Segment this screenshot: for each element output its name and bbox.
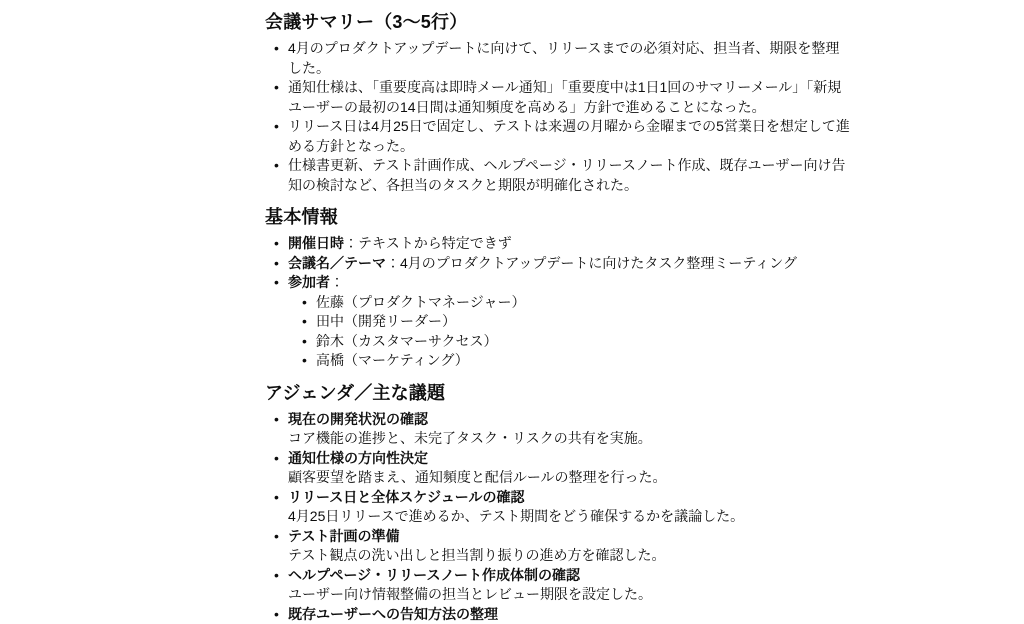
participant-item: 高橋（マーケティング） — [293, 351, 853, 371]
bullet-text: 通知仕様は、「重要度高は即時メール通知」「重要度中は1日1回のサマリーメール」「… — [288, 79, 841, 115]
agenda-heading: アジェンダ／主な議題 — [265, 381, 853, 405]
topic-desc: ユーザー向け情報整備の担当とレビュー期限を設定した。 — [288, 585, 853, 605]
item-value: ：テキストから特定できず — [344, 235, 512, 251]
list-item: 4月のプロダクトアップデートに向けて、リリースまでの必須対応、担当者、期限を整理… — [265, 39, 853, 78]
agenda-item: ヘルプページ・リリースノート作成体制の確認 ユーザー向け情報整備の担当とレビュー… — [265, 566, 853, 605]
meeting-notes-document: 会議サマリー（3〜5行） 4月のプロダクトアップデートに向けて、リリースまでの必… — [265, 10, 853, 605]
agenda-item: 通知仕様の方向性決定 顧客要望を踏まえ、通知頻度と配信ルールの整理を行った。 — [265, 449, 853, 488]
list-item: 会議名／テーマ：4月のプロダクトアップデートに向けたタスク整理ミーティング — [265, 254, 853, 274]
list-item: 開催日時：テキストから特定できず — [265, 234, 853, 254]
bullet-text: 4月のプロダクトアップデートに向けて、リリースまでの必須対応、担当者、期限を整理… — [288, 40, 839, 76]
meeting-summary-list: 4月のプロダクトアップデートに向けて、リリースまでの必須対応、担当者、期限を整理… — [265, 39, 853, 195]
meeting-summary-heading: 会議サマリー（3〜5行） — [265, 10, 853, 34]
list-item: 通知仕様は、「重要度高は即時メール通知」「重要度中は1日1回のサマリーメール」「… — [265, 78, 853, 117]
agenda-item: リリース日と全体スケジュールの確認 4月25日リリースで進めるか、テスト期間をど… — [265, 488, 853, 527]
list-item: 参加者： 佐藤（プロダクトマネージャー） 田中（開発リーダー） 鈴木（カスタマー… — [265, 273, 853, 371]
participant-name: 田中（開発リーダー） — [316, 313, 456, 329]
topic-desc: コア機能の進捗と、未完了タスク・リスクの共有を実施。 — [288, 429, 853, 449]
basic-info-heading: 基本情報 — [265, 205, 853, 229]
participant-name: 佐藤（プロダクトマネージャー） — [316, 294, 525, 310]
list-item: リリース日は4月25日で固定し、テストは来週の月曜から金曜までの5営業日を想定し… — [265, 117, 853, 156]
list-item: 仕様書更新、テスト計画作成、ヘルプページ・リリースノート作成、既存ユーザー向け告… — [265, 156, 853, 195]
topic-title: 現在の開発状況の確認 — [288, 410, 853, 430]
section-meeting-summary: 会議サマリー（3〜5行） 4月のプロダクトアップデートに向けて、リリースまでの必… — [265, 10, 853, 195]
participant-name: 高橋（マーケティング） — [316, 352, 469, 368]
participant-item: 佐藤（プロダクトマネージャー） — [293, 293, 853, 313]
agenda-list: 現在の開発状況の確認 コア機能の進捗と、未完了タスク・リスクの共有を実施。 通知… — [265, 410, 853, 606]
topic-title: ヘルプページ・リリースノート作成体制の確認 — [288, 566, 853, 586]
agenda-item: 現在の開発状況の確認 コア機能の進捗と、未完了タスク・リスクの共有を実施。 — [265, 410, 853, 449]
topic-desc: テスト観点の洗い出しと担当割り振りの進め方を確認した。 — [288, 546, 853, 566]
participant-item: 鈴木（カスタマーサクセス） — [293, 332, 853, 352]
item-label: 参加者 — [288, 274, 330, 290]
topic-title: 通知仕様の方向性決定 — [288, 449, 853, 469]
item-value: ：4月のプロダクトアップデートに向けたタスク整理ミーティング — [386, 255, 797, 271]
agenda-item: テスト計画の準備 テスト観点の洗い出しと担当割り振りの進め方を確認した。 — [265, 527, 853, 566]
participants-list: 佐藤（プロダクトマネージャー） 田中（開発リーダー） 鈴木（カスタマーサクセス）… — [293, 293, 853, 371]
topic-title: リリース日と全体スケジュールの確認 — [288, 488, 853, 508]
participant-item: 田中（開発リーダー） — [293, 312, 853, 332]
topic-desc: 4月25日リリースで進めるか、テスト期間をどう確保するかを議論した。 — [288, 507, 853, 527]
item-label: 会議名／テーマ — [288, 255, 386, 271]
basic-info-list: 開催日時：テキストから特定できず 会議名／テーマ：4月のプロダクトアップデートに… — [265, 234, 853, 371]
section-agenda: アジェンダ／主な議題 現在の開発状況の確認 コア機能の進捗と、未完了タスク・リス… — [265, 381, 853, 606]
section-basic-info: 基本情報 開催日時：テキストから特定できず 会議名／テーマ：4月のプロダクトアッ… — [265, 205, 853, 371]
item-label: 開催日時 — [288, 235, 344, 251]
participant-name: 鈴木（カスタマーサクセス） — [316, 333, 497, 349]
item-value: ： — [330, 274, 344, 290]
topic-title: テスト計画の準備 — [288, 527, 853, 547]
topic-desc: 顧客要望を踏まえ、通知頻度と配信ルールの整理を行った。 — [288, 468, 853, 488]
bullet-text: リリース日は4月25日で固定し、テストは来週の月曜から金曜までの5営業日を想定し… — [288, 118, 850, 154]
bullet-text: 仕様書更新、テスト計画作成、ヘルプページ・リリースノート作成、既存ユーザー向け告… — [288, 157, 845, 193]
